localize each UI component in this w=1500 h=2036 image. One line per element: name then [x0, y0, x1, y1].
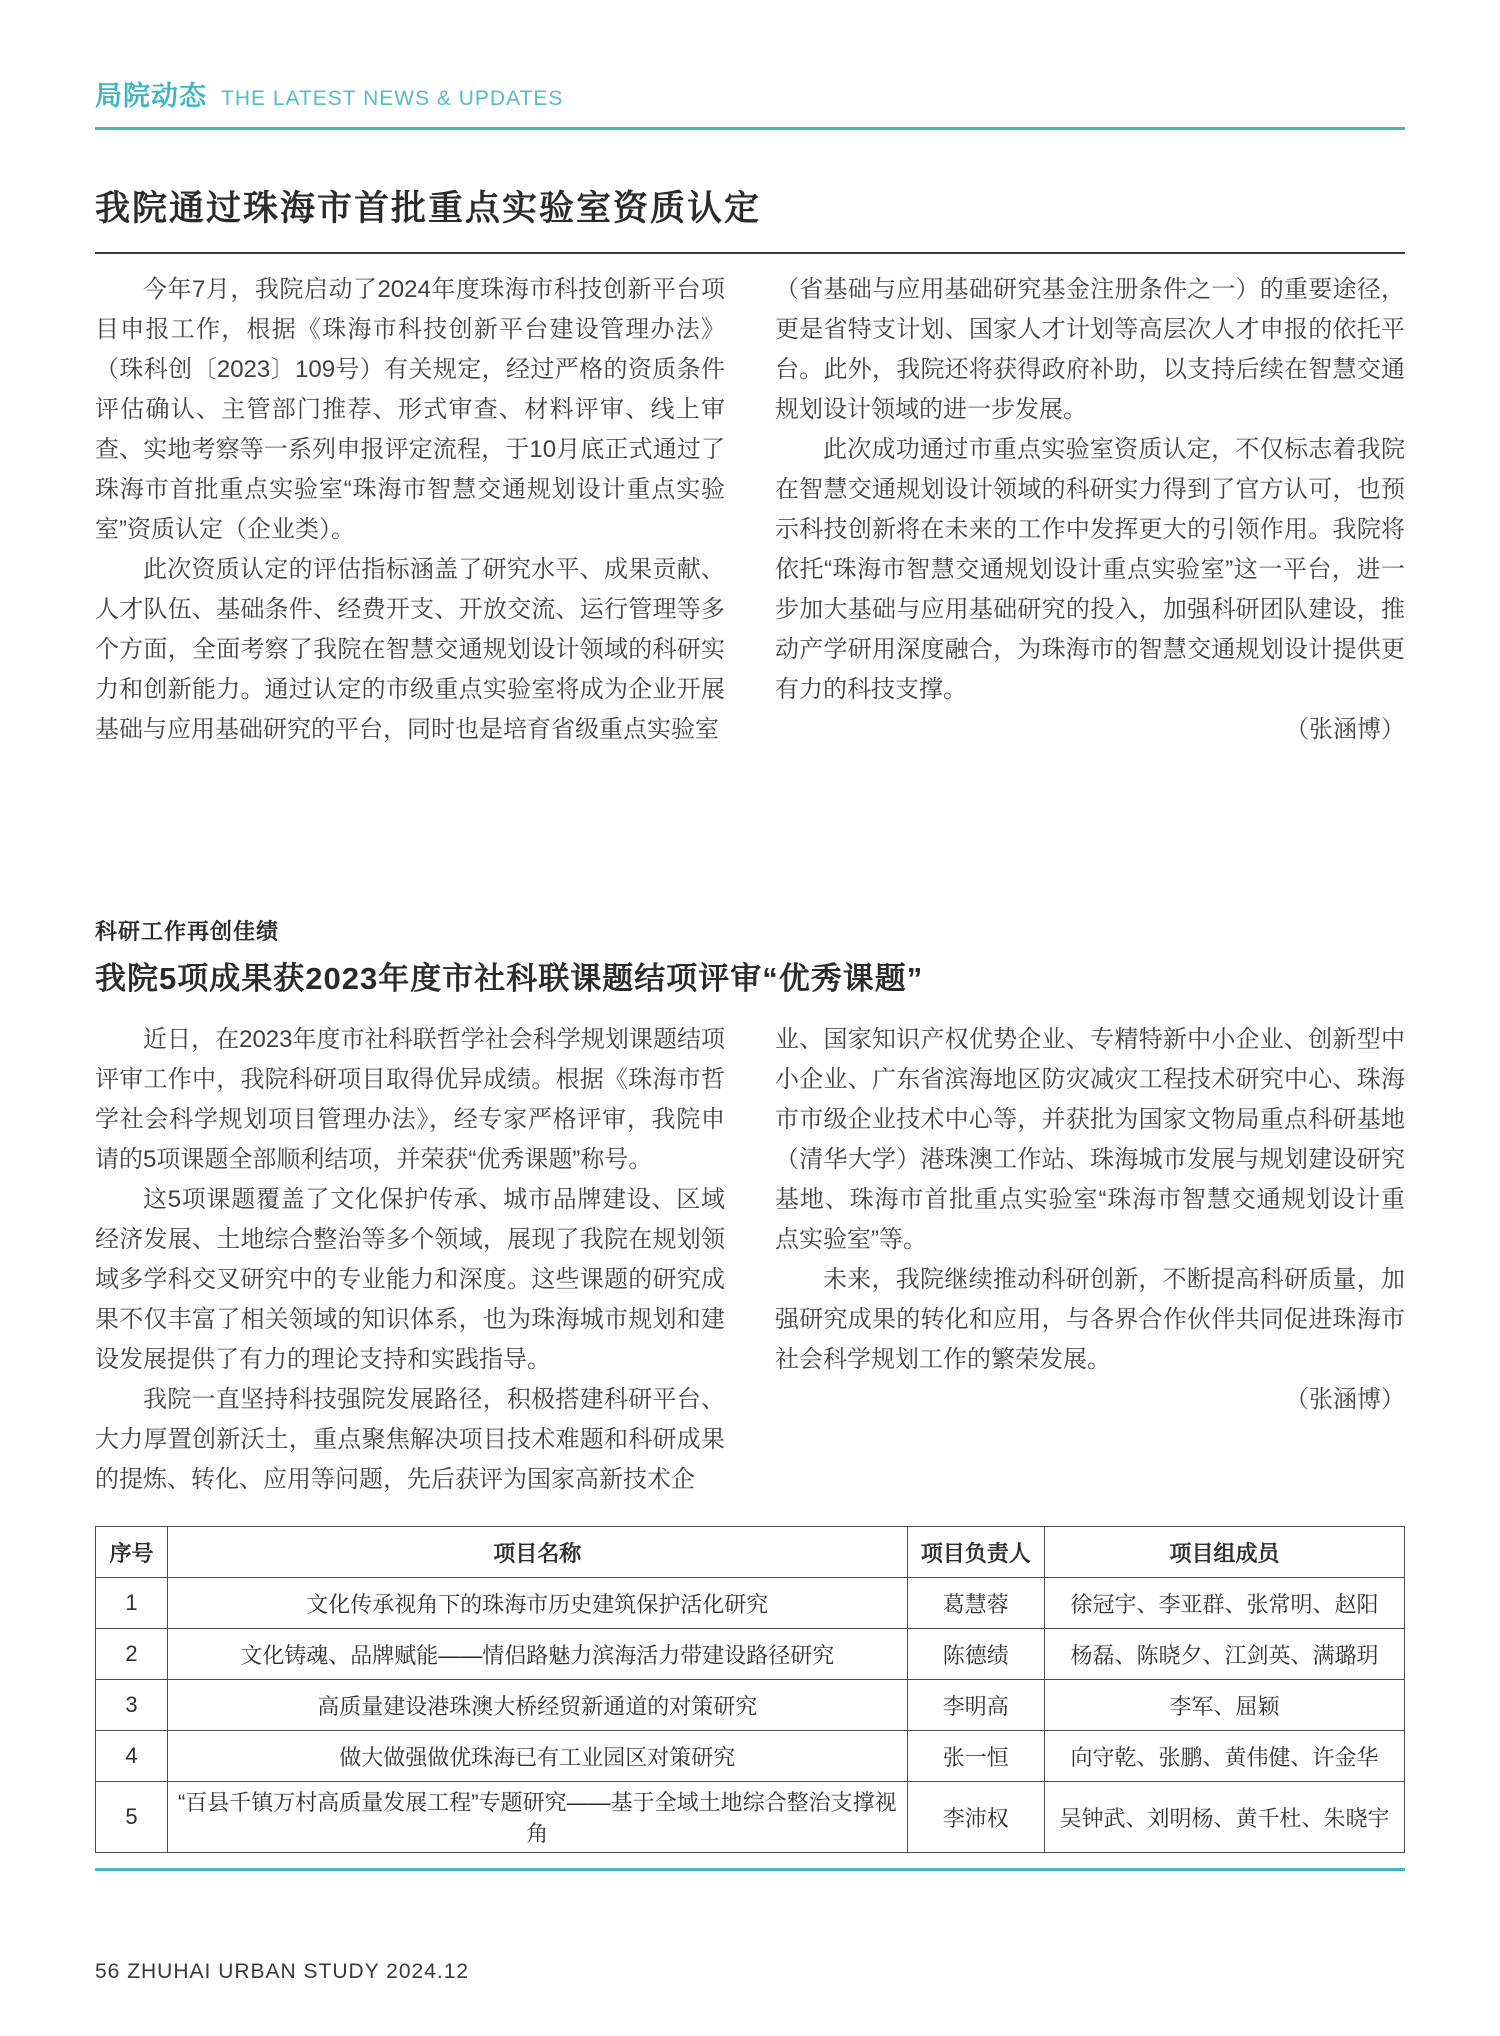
article-1-right-column: （省基础与应用基础研究基金注册条件之一）的重要途径，更是省特支计划、国家人才计划… — [775, 270, 1405, 750]
cell-members: 吴钟武、刘明杨、黄千杜、朱晓宇 — [1045, 1782, 1405, 1853]
column-header-project-name: 项目名称 — [167, 1527, 907, 1578]
cell-index: 3 — [96, 1680, 168, 1731]
article-paragraph: 近日，在2023年度市社科联哲学社会科学规划课题结项评审工作中，我院科研项目取得… — [95, 1020, 725, 1180]
section-header: 局院动态 THE LATEST NEWS & UPDATES — [95, 0, 1405, 130]
article-2-right-paragraphs: 业、国家知识产权优势企业、专精特新中小企业、创新型中小企业、广东省滨海地区防灾减… — [775, 1020, 1405, 1380]
cell-members: 向守乾、张鹏、黄伟健、许金华 — [1045, 1731, 1405, 1782]
cell-leader: 李沛权 — [907, 1782, 1044, 1853]
cell-members: 徐冠宇、李亚群、张常明、赵阳 — [1045, 1578, 1405, 1629]
cell-project-name: “百县千镇万村高质量发展工程”专题研究——基于全域土地综合整治支撑视角 — [167, 1782, 907, 1853]
table-row: 2 文化铸魂、品牌赋能——情侣路魅力滨海活力带建设路径研究 陈德绩 杨磊、陈晓夕… — [96, 1629, 1405, 1680]
article-paragraph: 此次成功通过市重点实验室资质认定，不仅标志着我院在智慧交通规划设计领域的科研实力… — [775, 430, 1405, 710]
magazine-page: 局院动态 THE LATEST NEWS & UPDATES 我院通过珠海市首批… — [0, 0, 1500, 2036]
article-paragraph: 这5项课题覆盖了文化保护传承、城市品牌建设、区域经济发展、土地综合整治等多个领域… — [95, 1180, 725, 1380]
table-row: 3 高质量建设港珠澳大桥经贸新通道的对策研究 李明高 李军、屈颖 — [96, 1680, 1405, 1731]
cell-leader: 张一恒 — [907, 1731, 1044, 1782]
cell-leader: 李明高 — [907, 1680, 1044, 1731]
section-title-en: THE LATEST NEWS & UPDATES — [221, 87, 563, 111]
article-1-title-divider — [95, 252, 1405, 254]
article-2-left-column: 近日，在2023年度市社科联哲学社会科学规划课题结项评审工作中，我院科研项目取得… — [95, 1020, 725, 1500]
article-1-title: 我院通过珠海市首批重点实验室资质认定 — [95, 187, 1405, 231]
article-1-columns: 今年7月，我院启动了2024年度珠海市科技创新平台项目申报工作，根据《珠海市科技… — [95, 270, 1405, 750]
article-1-left-column: 今年7月，我院启动了2024年度珠海市科技创新平台项目申报工作，根据《珠海市科技… — [95, 270, 725, 750]
page-footer: 56 ZHUHAI URBAN STUDY 2024.12 — [95, 1960, 469, 1984]
cell-members: 杨磊、陈晓夕、江剑英、满璐玥 — [1045, 1629, 1405, 1680]
cell-project-name: 文化传承视角下的珠海市历史建筑保护活化研究 — [167, 1578, 907, 1629]
article-paragraph: 业、国家知识产权优势企业、专精特新中小企业、创新型中小企业、广东省滨海地区防灾减… — [775, 1020, 1405, 1260]
table-row: 1 文化传承视角下的珠海市历史建筑保护活化研究 葛慧蓉 徐冠宇、李亚群、张常明、… — [96, 1578, 1405, 1629]
article-paragraph: 今年7月，我院启动了2024年度珠海市科技创新平台项目申报工作，根据《珠海市科技… — [95, 270, 725, 550]
column-header-leader: 项目负责人 — [907, 1527, 1044, 1578]
column-header-index: 序号 — [96, 1527, 168, 1578]
article-1-right-paragraphs: （省基础与应用基础研究基金注册条件之一）的重要途径，更是省特支计划、国家人才计划… — [775, 270, 1405, 710]
article-2-right-column: 业、国家知识产权优势企业、专精特新中小企业、创新型中小企业、广东省滨海地区防灾减… — [775, 1020, 1405, 1500]
article-paragraph: 未来，我院继续推动科研创新，不断提高科研质量，加强研究成果的转化和应用，与各界合… — [775, 1260, 1405, 1380]
article-paragraph: 我院一直坚持科技强院发展路径，积极搭建科研平台、大力厚置创新沃土，重点聚焦解决项… — [95, 1380, 725, 1500]
cell-leader: 陈德绩 — [907, 1629, 1044, 1680]
cell-project-name: 高质量建设港珠澳大桥经贸新通道的对策研究 — [167, 1680, 907, 1731]
article-1: 我院通过珠海市首批重点实验室资质认定 今年7月，我院启动了2024年度珠海市科技… — [95, 187, 1405, 750]
cell-index: 5 — [96, 1782, 168, 1853]
project-results-table: 序号 项目名称 项目负责人 项目组成员 1 文化传承视角下的珠海市历史建筑保护活… — [95, 1526, 1405, 1853]
cell-members: 李军、屈颖 — [1045, 1680, 1405, 1731]
article-2-byline: （张涵博） — [775, 1380, 1405, 1420]
article-2-kicker: 科研工作再创佳绩 — [95, 918, 1405, 946]
article-1-byline: （张涵博） — [775, 710, 1405, 750]
cell-index: 1 — [96, 1578, 168, 1629]
cell-project-name: 文化铸魂、品牌赋能——情侣路魅力滨海活力带建设路径研究 — [167, 1629, 907, 1680]
table-row: 5 “百县千镇万村高质量发展工程”专题研究——基于全域土地综合整治支撑视角 李沛… — [96, 1782, 1405, 1853]
bottom-divider — [95, 1868, 1405, 1871]
article-2: 科研工作再创佳绩 我院5项成果获2023年度市社科联课题结项评审“优秀课题” 近… — [95, 918, 1405, 1871]
cell-index: 4 — [96, 1731, 168, 1782]
table-header-row: 序号 项目名称 项目负责人 项目组成员 — [96, 1527, 1405, 1578]
page-content: 局院动态 THE LATEST NEWS & UPDATES 我院通过珠海市首批… — [95, 0, 1405, 1871]
cell-project-name: 做大做强做优珠海已有工业园区对策研究 — [167, 1731, 907, 1782]
page-footer-text: 56 ZHUHAI URBAN STUDY 2024.12 — [95, 1960, 469, 1983]
column-header-members: 项目组成员 — [1045, 1527, 1405, 1578]
table-body: 1 文化传承视角下的珠海市历史建筑保护活化研究 葛慧蓉 徐冠宇、李亚群、张常明、… — [96, 1578, 1405, 1853]
article-2-columns: 近日，在2023年度市社科联哲学社会科学规划课题结项评审工作中，我院科研项目取得… — [95, 1020, 1405, 1500]
cell-index: 2 — [96, 1629, 168, 1680]
article-2-title: 我院5项成果获2023年度市社科联课题结项评审“优秀课题” — [95, 958, 1405, 1000]
cell-leader: 葛慧蓉 — [907, 1578, 1044, 1629]
article-paragraph: 此次资质认定的评估指标涵盖了研究水平、成果贡献、人才队伍、基础条件、经费开支、开… — [95, 550, 725, 750]
section-title-cn: 局院动态 — [95, 74, 207, 113]
table-row: 4 做大做强做优珠海已有工业园区对策研究 张一恒 向守乾、张鹏、黄伟健、许金华 — [96, 1731, 1405, 1782]
article-paragraph: （省基础与应用基础研究基金注册条件之一）的重要途径，更是省特支计划、国家人才计划… — [775, 270, 1405, 430]
